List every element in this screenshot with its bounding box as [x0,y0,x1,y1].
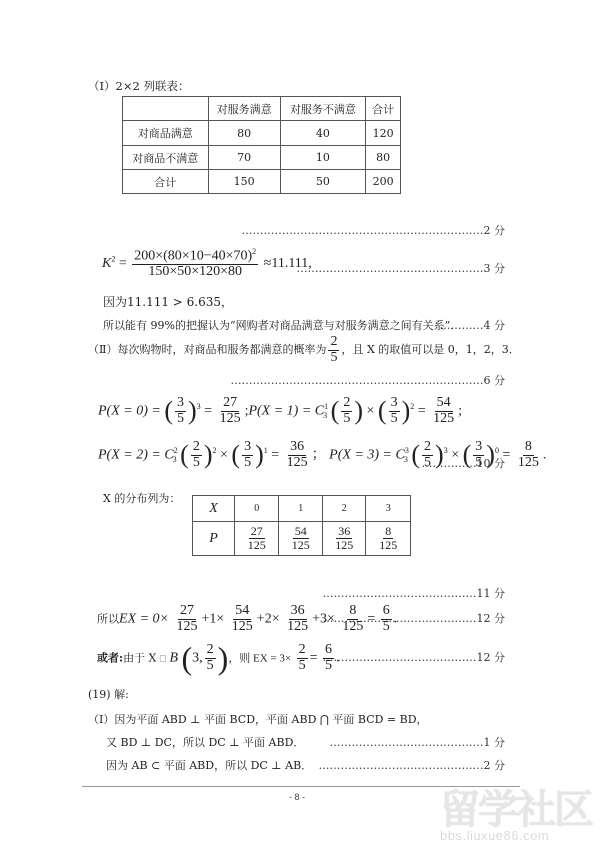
comb-sub: 3 [173,455,177,464]
conclusion-line: 所以能有 99%的把握认为“网购者对商品满意与对服务满意之间有关系”． [103,317,461,333]
numerator: 54 [435,396,453,412]
alt-param: 3, [192,651,203,666]
denominator: 5 [205,659,216,674]
k2-numerator-exponent: 2 [252,247,256,256]
table-cell: 27125 [235,522,279,556]
operator: +1× [202,611,225,626]
table-row: 合计 150 50 200 [123,170,401,194]
p0-lhs: P(X = 0) = [98,403,161,418]
fraction: 35 [389,396,400,426]
score-marker: ……………………………………12 分 [323,610,506,626]
numerator: 3 [389,396,400,412]
k2-fraction: 200×(80×10−40×70)2 150×50×120×80 [132,248,258,280]
distribution-table: X 0 1 2 3 P 27125 54125 36125 8125 [192,495,411,556]
fraction: 27125 [175,604,200,634]
score-marker: ……………………………………12 分 [323,649,506,665]
numerator: 3 [473,440,484,456]
denominator: 125 [377,539,399,552]
table-cell: 3 [366,496,411,522]
table-cell: 40 [280,121,366,146]
alt-text: 由于 X [123,652,160,665]
separator: . [543,447,547,462]
times-sign: × [366,403,374,418]
because-line: 因为11.111 > 6.635， [103,293,233,310]
numerator: 2 [341,396,352,412]
table-cell: 2 [322,496,366,522]
alt-text: ，则 EX = 3× [228,653,291,665]
k2-numerator: 200×(80×10−40×70) [134,249,252,264]
denominator: 125 [516,456,541,471]
fraction: 27125 [218,396,243,426]
table-cell: 36125 [322,522,366,556]
denominator: 5 [328,351,339,366]
table-cell: 对商品满意 [123,121,209,146]
fraction: 25 [341,396,352,426]
score-marker: ……………10 分 [422,455,506,471]
table-cell: 80 [366,146,401,170]
numerator: 36 [336,525,352,539]
score-marker: ……………………………………………………………6 分 [231,372,506,388]
numerator: 3 [175,396,186,412]
equals-sign: = [418,403,426,418]
denominator: 5 [175,412,186,427]
k-symbol: K [102,256,111,271]
denominator: 5 [242,456,253,471]
fraction: 36125 [285,604,310,634]
equals-sign: = [271,447,279,462]
table-cell: X [193,496,235,522]
fraction: 35 [175,396,186,426]
denominator: 125 [431,412,456,427]
table-cell: 54125 [279,522,323,556]
denominator: 125 [290,539,312,552]
alt-text: B [166,651,178,666]
page-number: - 8 - [289,792,305,802]
table-cell: 1 [279,496,323,522]
table-cell: 200 [366,170,401,194]
comb-sup: 1 [324,402,328,411]
exponent: 1 [264,446,268,455]
numerator: 54 [233,604,251,620]
score-marker: …………………………………………………………2 分 [242,222,506,238]
exponent: 3 [444,446,448,455]
comb-sub: 3 [404,455,408,464]
denominator: 5 [341,412,352,427]
table-row: P 27125 54125 36125 8125 [193,522,411,556]
denominator: 125 [333,539,355,552]
prob-line-1: P(X = 0) = (35)3 = 27125;P(X = 1) = C13 … [98,396,462,426]
numerator: 8 [523,440,534,456]
denominator: 125 [218,412,243,427]
k2-denominator: 150×50×120×80 [146,265,244,280]
dist-label: X 的分布列为： [103,490,180,506]
fraction: 25 [297,643,308,673]
comb-sup: 2 [174,446,178,455]
table-cell: 合计 [123,170,209,194]
q19-line3: 因为 AB ⊂ 平面 ABD，所以 DC ⊥ AB． [106,757,312,773]
table-header-cell: 对服务满意 [208,97,280,121]
q19-line2: 又 BD ⊥ DC，所以 DC ⊥ 平面 ABD． [106,734,304,750]
score-marker: ……………………………………………3 分 [297,260,506,276]
comb-sup: 3 [405,446,409,455]
fraction: 25 [205,643,216,673]
table-header-cell [123,97,209,121]
p1-lhs: P(X = 1) = C [248,403,324,418]
equals-sign: = [204,403,212,418]
denominator: 125 [230,620,255,635]
fraction: 25 [191,440,202,470]
times-sign: × [220,447,228,462]
score-marker: ……………………………………11 分 [323,585,506,601]
numerator: 54 [293,525,309,539]
exponent: 2 [410,402,414,411]
table-cell: 0 [235,496,279,522]
numerator: 27 [249,525,265,539]
ex-prefix: 所以 [97,612,119,625]
numerator: 27 [178,604,196,620]
numerator: 2 [328,335,339,351]
part1-heading: （Ⅰ）2×2 列联表： [88,78,189,94]
table-header-cell: 合计 [366,97,401,121]
equals-sign: = [119,256,127,271]
q19-heading: (19) 解: [88,686,129,702]
numerator: 8 [383,525,393,539]
table-cell: 8125 [366,522,411,556]
separator: ； [312,447,326,462]
numerator: 3 [242,440,253,456]
table-row: 对商品满意 80 40 120 [123,121,401,146]
operator: +2× [257,611,280,626]
ex-lhs: EX = 0× [119,611,169,626]
numerator: 2 [191,440,202,456]
numerator: 2 [205,643,216,659]
numerator: 36 [288,440,306,456]
numerator: 27 [221,396,239,412]
table-cell: 10 [280,146,366,170]
denominator: 125 [285,620,310,635]
q19-line1: （Ⅰ）因为平面 ABD ⊥ 平面 BCD，平面 ABD ⋂ 平面 BCD = B… [88,711,428,727]
table-cell: 120 [366,121,401,146]
fraction: 54125 [431,396,456,426]
denominator: 5 [191,456,202,471]
exponent: 2 [213,446,217,455]
part2-intro: （Ⅱ）每次购物时，对商品和服务都满意的概率为25，且 X 的取值可以是 0，1，… [88,335,520,365]
table-header-cell: 对服务不满意 [280,97,366,121]
score-marker: ………………………………………2 分 [319,757,506,773]
fraction: 25 [328,335,339,365]
watermark-logo: 留学社区 bbs.liuxue86.com [440,790,600,848]
intro-text: ，且 X 的取值可以是 0，1，2，3． [341,343,519,356]
numerator: 36 [289,604,307,620]
denominator: 125 [285,456,310,471]
numerator: 2 [422,440,433,456]
comb-sub: 3 [323,411,327,420]
score-marker: ……………………………………1 分 [330,734,506,750]
p3-lhs: P(X = 3) = C [329,447,405,462]
denominator: 5 [297,659,308,674]
alternative-line: 或者:由于 X □ B (3,25)，则 EX = 3× 25= 65. [97,640,340,677]
k-exponent: 2 [111,255,115,264]
equals-sign: = [310,651,318,666]
denominator: 125 [246,539,268,552]
k2-formula: K2 = 200×(80×10−40×70)2 150×50×120×80 ≈1… [102,248,312,280]
table-cell: 150 [208,170,280,194]
intro-text: （Ⅱ）每次购物时，对商品和服务都满意的概率为 [88,343,326,356]
p2-lhs: P(X = 2) = C [98,447,174,462]
footer-divider [82,786,520,787]
table-row: 对商品不满意 70 10 80 [123,146,401,170]
watermark-title: 留学社区 [440,790,600,830]
score-marker: …………4 分 [440,317,506,333]
denominator: 5 [389,412,400,427]
table-cell: 80 [208,121,280,146]
table-cell: 50 [280,170,366,194]
table-cell: 对商品不满意 [123,146,209,170]
denominator: 125 [175,620,200,635]
exponent: 3 [197,402,201,411]
alt-prefix: 或者: [97,652,123,665]
fraction: 35 [242,440,253,470]
fraction: 8125 [516,440,541,470]
fraction: 36125 [285,440,310,470]
table-row: X 0 1 2 3 [193,496,411,522]
contingency-table: 对服务满意 对服务不满意 合计 对商品满意 80 40 120 对商品不满意 7… [122,96,401,194]
fraction: 54125 [230,604,255,634]
separator: ; [458,403,462,418]
table-cell: 70 [208,146,280,170]
table-cell: P [193,522,235,556]
numerator: 2 [297,643,308,659]
exponent: 0 [495,446,499,455]
